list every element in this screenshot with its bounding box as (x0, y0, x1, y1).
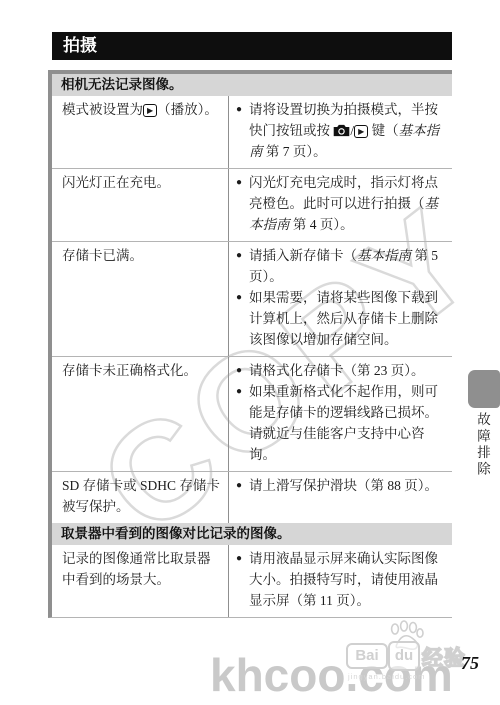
bullet-marker-icon: ● (236, 360, 249, 381)
bullet-text: 请上滑写保护滑块（第 88 页）。 (249, 475, 448, 496)
text-segment: 存储卡未正确格式化。 (62, 363, 197, 378)
troubleshooting-table: 相机无法记录图像。模式被设置为▶（播放）。●请将设置切换为拍摄模式，半按快门按钮… (48, 70, 452, 618)
bullet-text: 如果重新格式化不起作用，则可能是存储卡的逻辑线路已损坏。请就近与佳能客户支持中心… (249, 381, 448, 465)
table-row: 记录的图像通常比取景器中看到的场景大。●请用液晶显示屏来确认实际图像大小。拍摄特… (52, 545, 452, 617)
playback-mode-icon: ▶ (354, 125, 368, 138)
section-header: 相机无法记录图像。 (52, 74, 452, 96)
baidu-jingyan-logo: Bai du 经验 jingyan.baidu.com (344, 620, 476, 682)
solution-cell: ●请将设置切换为拍摄模式，半按快门按钮或按 /▶ 键（基本指南 第 7 页）。 (229, 96, 452, 168)
solution-cell: ●请上滑写保护滑块（第 88 页）。 (229, 472, 452, 523)
bullet-marker-icon: ● (236, 548, 249, 611)
solution-bullet: ●闪光灯充电完成时，指示灯将点亮橙色。此时可以进行拍摄（基本指南 第 4 页）。 (236, 172, 448, 235)
text-segment: 如果重新格式化不起作用，则可能是存储卡的逻辑线路已损坏。请就近与佳能客户支持中心… (249, 384, 438, 462)
section-header: 取景器中看到的图像对比记录的图像。 (52, 523, 452, 545)
text-segment: 模式被设置为 (62, 102, 143, 117)
bullet-marker-icon: ● (236, 475, 249, 496)
table-row: 存储卡未正确格式化。●请格式化存储卡（第 23 页）。●如果重新格式化不起作用，… (52, 356, 452, 471)
solution-cell: ●闪光灯充电完成时，指示灯将点亮橙色。此时可以进行拍摄（基本指南 第 4 页）。 (229, 169, 452, 241)
text-segment: SD 存储卡或 SDHC 存储卡被写保护。 (62, 478, 220, 514)
text-segment: 基本指南 (357, 248, 411, 263)
playback-mode-icon: ▶ (143, 104, 157, 117)
text-segment: （播放）。 (157, 102, 218, 117)
text-segment: 键（ (368, 123, 398, 138)
symptom-cell: 存储卡未正确格式化。 (52, 357, 229, 471)
solution-bullet: ●请插入新存储卡（基本指南 第 5 页）。 (236, 245, 448, 287)
baidu-bai-box: Bai (346, 643, 388, 669)
symptom-cell: 存储卡已满。 (52, 242, 229, 356)
text-segment: 如果需要，请将某些图像下载到计算机上，然后从存储卡上删除该图像以增加存储空间。 (249, 290, 438, 347)
bullet-text: 闪光灯充电完成时，指示灯将点亮橙色。此时可以进行拍摄（基本指南 第 4 页）。 (249, 172, 448, 235)
solution-bullet: ●请上滑写保护滑块（第 88 页）。 (236, 475, 448, 496)
bullet-marker-icon: ● (236, 245, 249, 287)
bullet-marker-icon: ● (236, 172, 249, 235)
text-segment: 记录的图像通常比取景器中看到的场景大。 (62, 551, 211, 587)
table-row: 存储卡已满。●请插入新存储卡（基本指南 第 5 页）。●如果需要，请将某些图像下… (52, 241, 452, 356)
symptom-cell: SD 存储卡或 SDHC 存储卡被写保护。 (52, 472, 229, 523)
baidu-du-box: du (388, 641, 420, 671)
solution-bullet: ●请格式化存储卡（第 23 页）。 (236, 360, 448, 381)
text-segment: 请格式化存储卡（第 23 页）。 (249, 363, 425, 378)
bullet-text: 请用液晶显示屏来确认实际图像大小。拍摄特写时，请使用液晶显示屏（第 11 页）。 (249, 548, 448, 611)
text-segment: 第 7 页）。 (263, 144, 327, 159)
text-segment: 存储卡已满。 (62, 248, 143, 263)
text-segment: 请用液晶显示屏来确认实际图像大小。拍摄特写时，请使用液晶显示屏（第 11 页）。 (249, 551, 438, 608)
symptom-cell: 闪光灯正在充电。 (52, 169, 229, 241)
text-segment: 闪光灯正在充电。 (62, 175, 170, 190)
bullet-marker-icon: ● (236, 381, 249, 465)
solution-cell: ●请用液晶显示屏来确认实际图像大小。拍摄特写时，请使用液晶显示屏（第 11 页）… (229, 545, 452, 617)
baidu-jingyan-text: 经验 (422, 642, 466, 672)
text-segment: 请上滑写保护滑块（第 88 页）。 (249, 478, 438, 493)
page-number: 75 (461, 653, 479, 674)
bullet-text: 请格式化存储卡（第 23 页）。 (249, 360, 448, 381)
solution-bullet: ●如果重新格式化不起作用，则可能是存储卡的逻辑线路已损坏。请就近与佳能客户支持中… (236, 381, 448, 465)
table-row: 闪光灯正在充电。●闪光灯充电完成时，指示灯将点亮橙色。此时可以进行拍摄（基本指南… (52, 168, 452, 241)
baidu-url-text: jingyan.baidu.com (348, 672, 425, 681)
solution-cell: ●请格式化存储卡（第 23 页）。●如果重新格式化不起作用，则可能是存储卡的逻辑… (229, 357, 452, 471)
symptom-cell: 模式被设置为▶（播放）。 (52, 96, 229, 168)
text-segment: 第 4 页）。 (290, 217, 354, 232)
symptom-cell: 记录的图像通常比取景器中看到的场景大。 (52, 545, 229, 617)
chapter-label: 故障排除 (472, 412, 492, 478)
solution-bullet: ●如果需要，请将某些图像下载到计算机上，然后从存储卡上删除该图像以增加存储空间。 (236, 287, 448, 350)
solution-bullet: ●请用液晶显示屏来确认实际图像大小。拍摄特写时，请使用液晶显示屏（第 11 页）… (236, 548, 448, 611)
bullet-marker-icon: ● (236, 99, 249, 162)
chapter-tab (468, 370, 500, 408)
manual-page: { "page": { "title": "拍摄", "page_number"… (0, 0, 500, 705)
solution-bullet: ●请将设置切换为拍摄模式，半按快门按钮或按 /▶ 键（基本指南 第 7 页）。 (236, 99, 448, 162)
table-row: 模式被设置为▶（播放）。●请将设置切换为拍摄模式，半按快门按钮或按 /▶ 键（基… (52, 96, 452, 168)
solution-cell: ●请插入新存储卡（基本指南 第 5 页）。●如果需要，请将某些图像下载到计算机上… (229, 242, 452, 356)
page-title: 拍摄 (52, 32, 452, 60)
bullet-marker-icon: ● (236, 287, 249, 350)
bullet-text: 如果需要，请将某些图像下载到计算机上，然后从存储卡上删除该图像以增加存储空间。 (249, 287, 448, 350)
table-row: SD 存储卡或 SDHC 存储卡被写保护。●请上滑写保护滑块（第 88 页）。 (52, 471, 452, 523)
text-segment: 请插入新存储卡（ (249, 248, 357, 263)
camera-mode-icon (333, 123, 350, 138)
bullet-text: 请插入新存储卡（基本指南 第 5 页）。 (249, 245, 448, 287)
bullet-text: 请将设置切换为拍摄模式，半按快门按钮或按 /▶ 键（基本指南 第 7 页）。 (249, 99, 448, 162)
text-segment: 闪光灯充电完成时，指示灯将点亮橙色。此时可以进行拍摄（ (249, 175, 438, 211)
